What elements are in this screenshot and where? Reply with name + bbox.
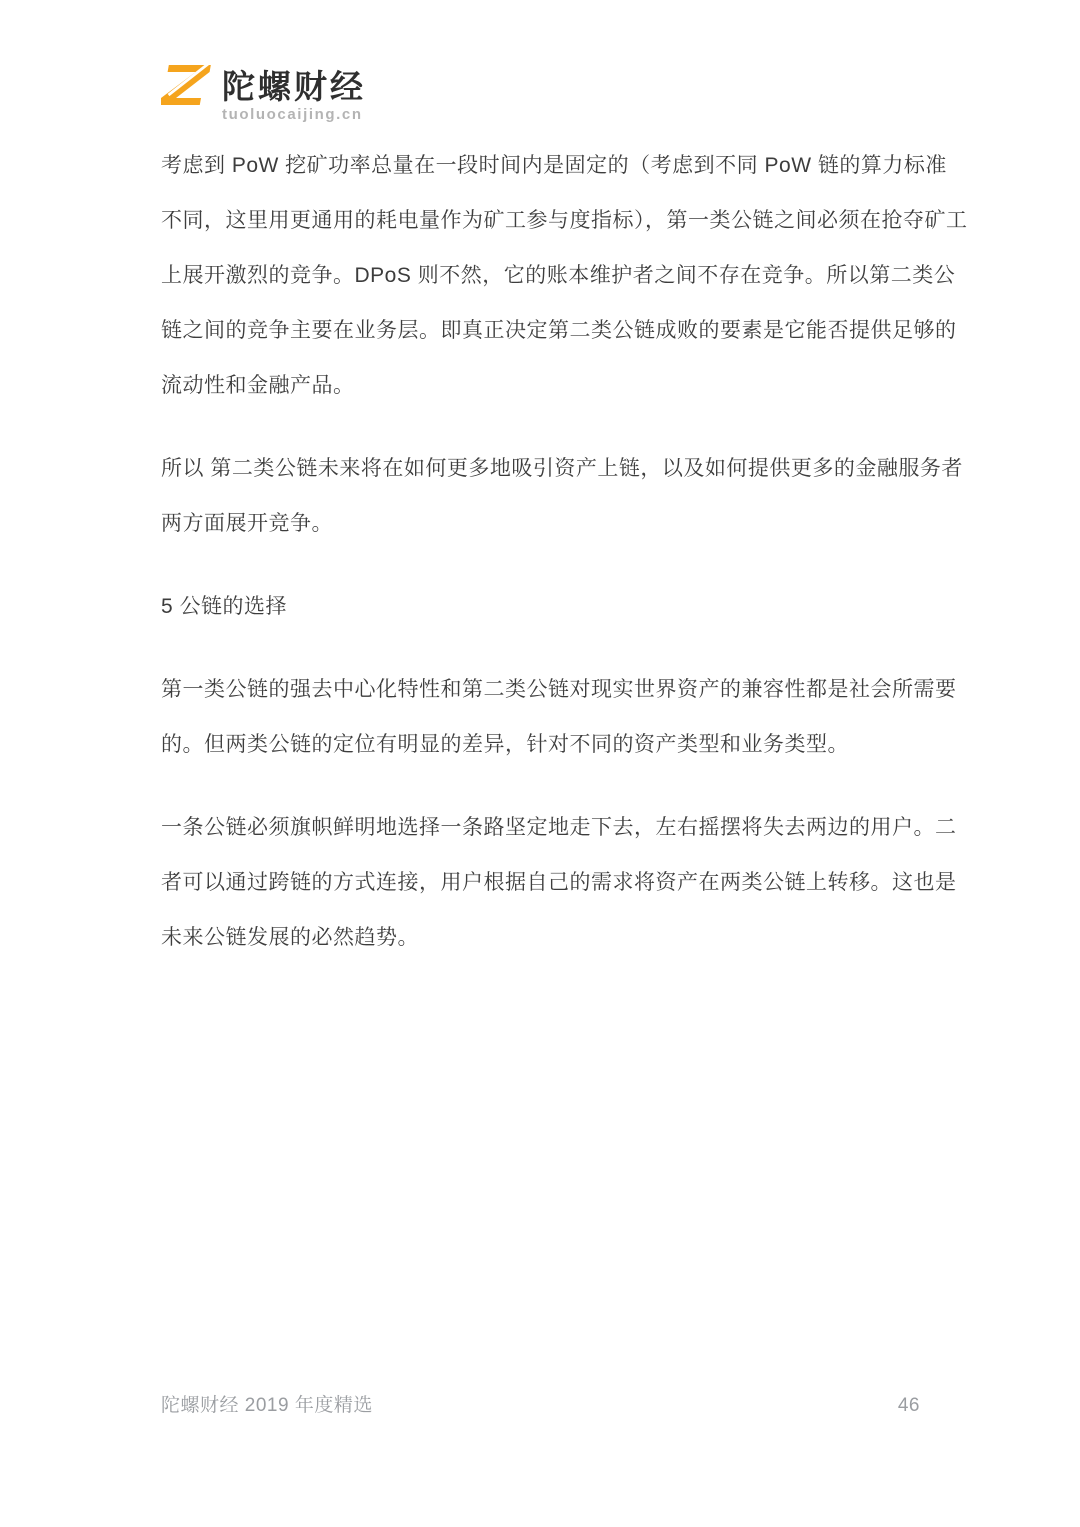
brand-domain: tuoluocaijing.cn (222, 107, 366, 122)
paragraph-line: 的。但两类公链的定位有明显的差异，针对不同的资产类型和业务类型。 (161, 717, 920, 772)
logo-text: 陀螺财经 tuoluocaijing.cn (222, 62, 366, 122)
tuoluo-z-logo-icon (161, 62, 213, 110)
footer-title: 陀螺财经 2019 年度精选 (161, 1390, 373, 1417)
paragraph-line: 未来公链发展的必然趋势。 (161, 910, 920, 965)
document-content: 考虑到 PoW 挖矿功率总量在一段时间内是固定的（考虑到不同 PoW 链的算力标… (161, 138, 920, 993)
paragraph-line: 所以 第二类公链未来将在如何更多地吸引资产上链，以及如何提供更多的金融服务者 (161, 441, 920, 496)
brand-name: 陀螺财经 (222, 70, 366, 103)
paragraph: 一条公链必须旗帜鲜明地选择一条路坚定地走下去，左右摇摆将失去两边的用户。二 者可… (161, 800, 920, 965)
page-number: 46 (898, 1395, 920, 1417)
paragraph: 所以 第二类公链未来将在如何更多地吸引资产上链，以及如何提供更多的金融服务者 两… (161, 441, 920, 551)
paragraph-line: 链之间的竞争主要在业务层。即真正决定第二类公链成败的要素是它能否提供足够的 (161, 303, 920, 358)
paragraph-line: 一条公链必须旗帜鲜明地选择一条路坚定地走下去，左右摇摆将失去两边的用户。二 (161, 800, 920, 855)
document-page: 陀螺财经 tuoluocaijing.cn 考虑到 PoW 挖矿功率总量在一段时… (0, 0, 1080, 1527)
paragraph-line: 流动性和金融产品。 (161, 358, 920, 413)
paragraph: 第一类公链的强去中心化特性和第二类公链对现实世界资产的兼容性都是社会所需要 的。… (161, 662, 920, 772)
z-mark-shape (161, 65, 211, 105)
paragraph-line: 两方面展开竞争。 (161, 496, 920, 551)
paragraph-line: 考虑到 PoW 挖矿功率总量在一段时间内是固定的（考虑到不同 PoW 链的算力标… (161, 138, 920, 193)
paragraph-line: 不同，这里用更通用的耗电量作为矿工参与度指标），第一类公链之间必须在抢夺矿工 (161, 193, 920, 248)
paragraph: 考虑到 PoW 挖矿功率总量在一段时间内是固定的（考虑到不同 PoW 链的算力标… (161, 138, 920, 413)
page-footer: 陀螺财经 2019 年度精选 46 (161, 1390, 920, 1417)
paragraph-line: 第一类公链的强去中心化特性和第二类公链对现实世界资产的兼容性都是社会所需要 (161, 662, 920, 717)
paragraph-line: 者可以通过跨链的方式连接，用户根据自己的需求将资产在两类公链上转移。这也是 (161, 855, 920, 910)
brand-logo: 陀螺财经 tuoluocaijing.cn (161, 62, 366, 122)
paragraph-line: 上展开激烈的竞争。DPoS 则不然，它的账本维护者之间不存在竞争。所以第二类公 (161, 248, 920, 303)
section-heading: 5 公链的选择 (161, 579, 920, 634)
